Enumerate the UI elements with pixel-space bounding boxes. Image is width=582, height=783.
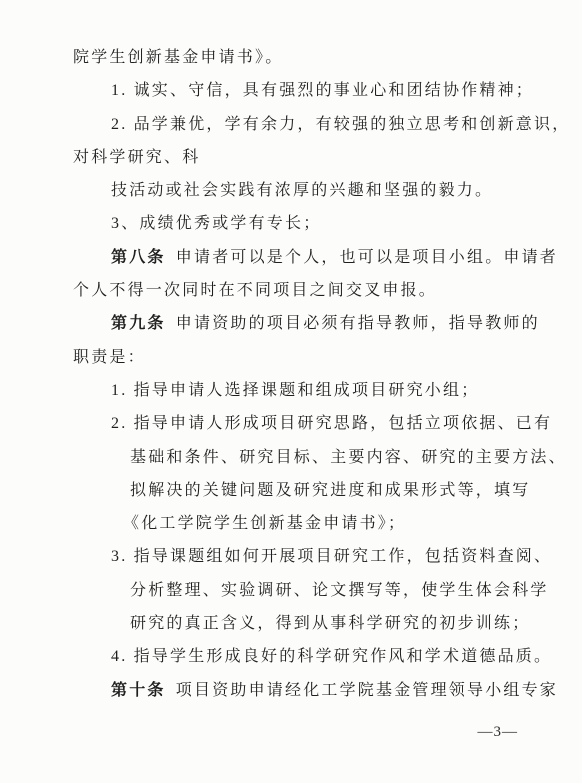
text-line: 2. 指导申请人形成项目研究思路，包括立项依据、已有: [73, 407, 518, 440]
article-number: 第九条: [111, 315, 166, 332]
article-text: 申请者可以是个人，也可以是项目小组。申请者: [166, 249, 558, 266]
text-line: 《化工学院学生创新基金申请书》；: [73, 507, 518, 540]
text-line: 个人不得一次同时在不同项目之间交叉申报。: [73, 274, 518, 307]
text-line: 1. 诚实、守信，具有强烈的事业心和团结协作精神；: [73, 74, 518, 107]
text-line: 3. 指导课题组如何开展项目研究工作，包括资料查阅、: [73, 540, 518, 573]
text-line: 职责是：: [73, 341, 518, 374]
text-line: 分析整理、实验调研、论文撰写等，使学生体会科学: [73, 574, 518, 607]
text-line: 研究的真正含义，得到从事科学研究的初步训练；: [73, 607, 518, 640]
article-number: 第十条: [111, 682, 166, 699]
article-number: 第八条: [111, 249, 166, 266]
text-line: 2. 品学兼优，学有余力，有较强的独立思考和创新意识，: [73, 108, 518, 141]
text-line: 3、成绩优秀或学有专长；: [73, 207, 518, 240]
text-line: 1. 指导申请人选择课题和组成项目研究小组；: [73, 374, 518, 407]
document-page: 院学生创新基金申请书》。1. 诚实、守信，具有强烈的事业心和团结协作精神；2. …: [0, 0, 582, 783]
page-number: —3—: [478, 724, 519, 741]
text-line: 拟解决的关键问题及研究进度和成果形式等，填写: [73, 474, 518, 507]
article-text: 申请资助的项目必须有指导教师，指导教师的: [166, 315, 540, 332]
text-line: 院学生创新基金申请书》。: [73, 41, 518, 74]
text-line: 第九条 申请资助的项目必须有指导教师，指导教师的: [73, 307, 518, 340]
text-line: 第十条 项目资助申请经化工学院基金管理领导小组专家: [73, 674, 518, 707]
text-line: 基础和条件、研究目标、主要内容、研究的主要方法、: [73, 441, 518, 474]
text-line: 第八条 申请者可以是个人，也可以是项目小组。申请者: [73, 241, 518, 274]
text-line: 技活动或社会实践有浓厚的兴趣和坚强的毅力。: [73, 174, 518, 207]
text-line: 4. 指导学生形成良好的科学研究作风和学术道德品质。: [73, 640, 518, 673]
document-body: 院学生创新基金申请书》。1. 诚实、守信，具有强烈的事业心和团结协作精神；2. …: [73, 41, 518, 707]
text-line: 对科学研究、科: [73, 141, 518, 174]
article-text: 项目资助申请经化工学院基金管理领导小组专家: [166, 682, 558, 699]
